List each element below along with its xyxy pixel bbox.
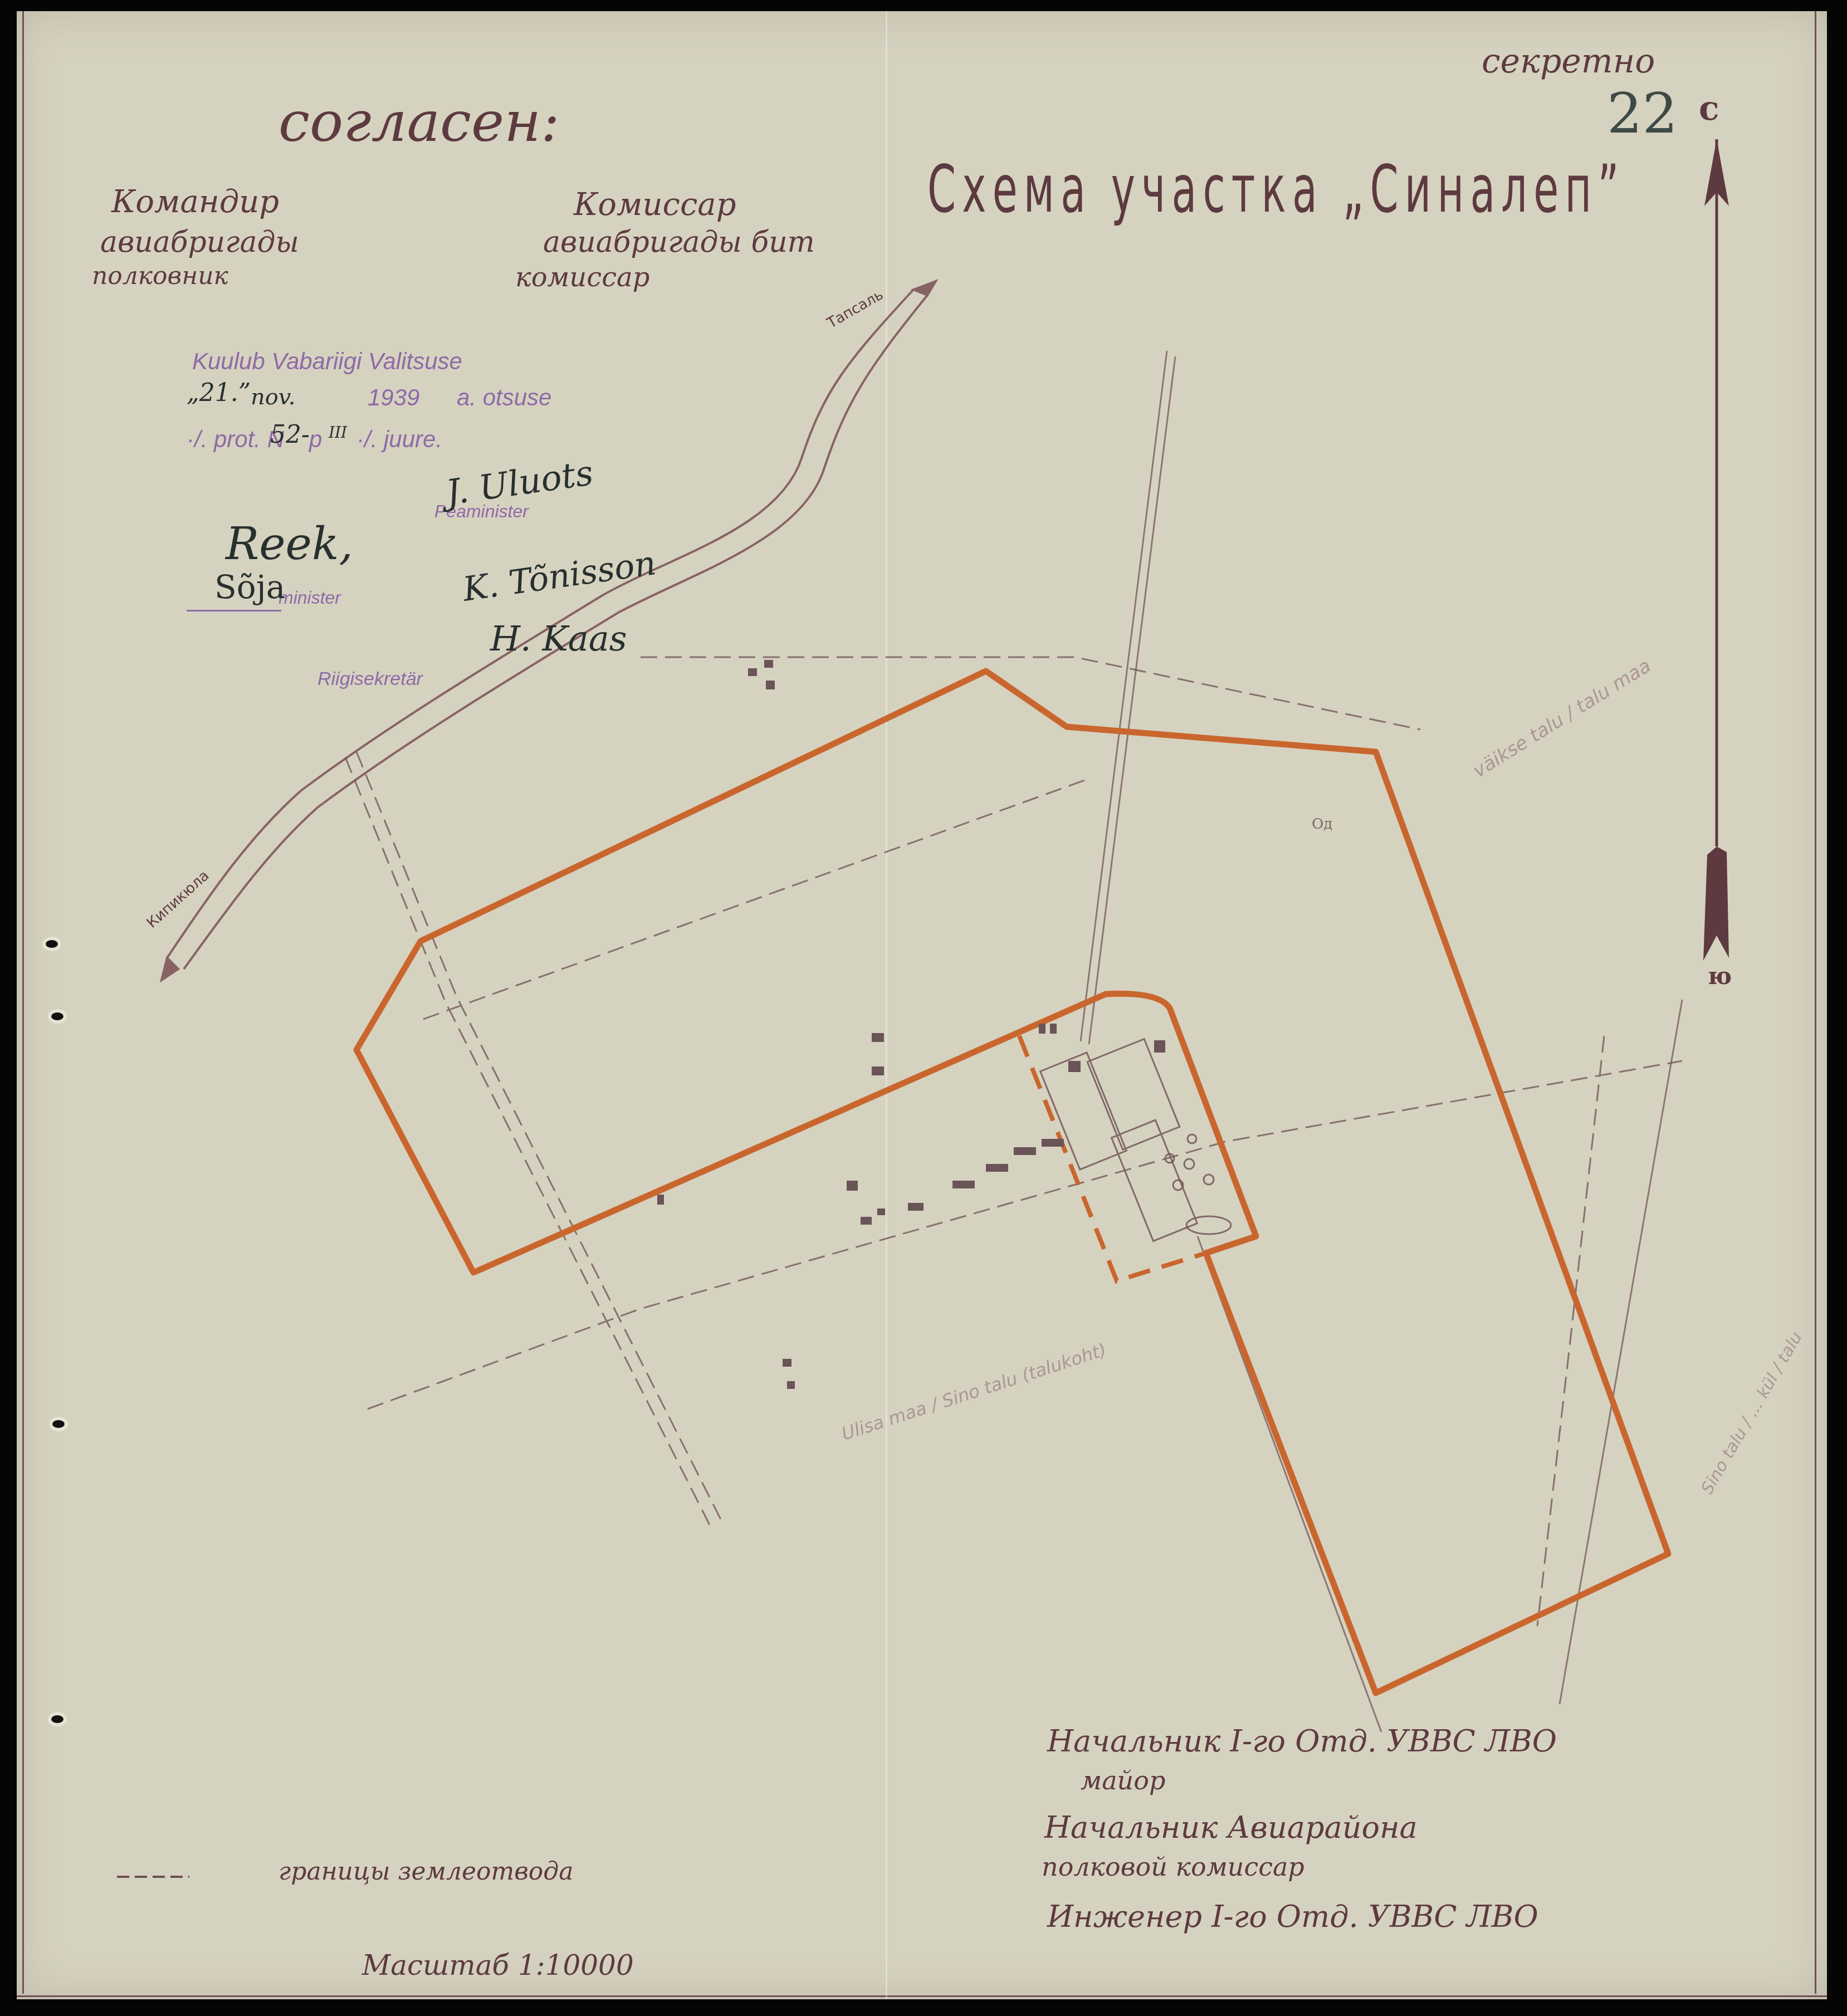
small-map-label: Од: [1312, 816, 1332, 833]
stamp-line2-suffix: a. otsuse: [457, 384, 551, 411]
commander-line1: Командир: [111, 184, 279, 220]
signatory-line4: полковой комиссар: [1042, 1852, 1304, 1882]
commander-line2: авиабригады: [100, 226, 299, 259]
inner-dashed-boundary: [1019, 1036, 1206, 1281]
commissar-line2: авиабригады бит: [543, 226, 815, 259]
stamp-protocol-roman: III: [329, 423, 347, 442]
classification-label: секретно: [1482, 42, 1655, 81]
stamp-date-day: „21.”: [187, 379, 251, 407]
signatory-line1: Начальник I-го Отд. УВВС ЛВО: [1047, 1724, 1557, 1759]
north-arrow-icon: [1703, 139, 1729, 961]
signature-state-secretary: H. Kaas: [490, 618, 627, 659]
minister-label: minister: [278, 588, 341, 608]
minister-dotted-line: [187, 610, 281, 611]
stamp-protocol-number: 52-: [270, 420, 310, 449]
buildings: [657, 660, 1165, 1389]
commissar-line1: Комиссар: [574, 187, 736, 223]
commander-line3: полковник: [92, 262, 228, 290]
stamp-line1: Kuulub Vabariigi Valitsuse: [192, 348, 462, 375]
commissar-line3: комиссар: [515, 262, 649, 293]
stamp-line3-suffix: ·/. juure.: [356, 426, 442, 453]
stamp-line3-prefix: ·/. prot. N: [187, 426, 284, 453]
map-title: Схема участка „Синалеп”: [927, 150, 1625, 227]
land-allotment-boundary: [356, 671, 1668, 1693]
map-drawing: [0, 0, 1847, 2016]
signatory-line5: Инженер I-го Отд. УВВС ЛВО: [1047, 1899, 1538, 1934]
sheet-number: 22: [1607, 81, 1678, 146]
stamp-date-month: nov.: [251, 384, 295, 410]
map-scale: Масштаб 1:10000: [362, 1949, 634, 1981]
legend-boundary-label: границы землеотвода: [278, 1857, 573, 1886]
riigisekretar-label: Riigisekretär: [317, 668, 423, 690]
war-minister-handwritten: Sõja: [214, 568, 285, 606]
dashed-roads: [345, 657, 1682, 1626]
approval-heading: согласен:: [278, 89, 560, 154]
stamp-date-year: 1939: [368, 384, 419, 411]
north-label: с: [1699, 89, 1719, 128]
south-label: ю: [1708, 962, 1732, 990]
survey-lines: [1081, 351, 1682, 1732]
stamp-protocol-p: p: [309, 426, 322, 453]
signature-war-minister: Reek,: [226, 518, 353, 570]
signatory-line2: майор: [1081, 1765, 1165, 1795]
signatory-line3: Начальник Авиарайона: [1044, 1810, 1418, 1845]
